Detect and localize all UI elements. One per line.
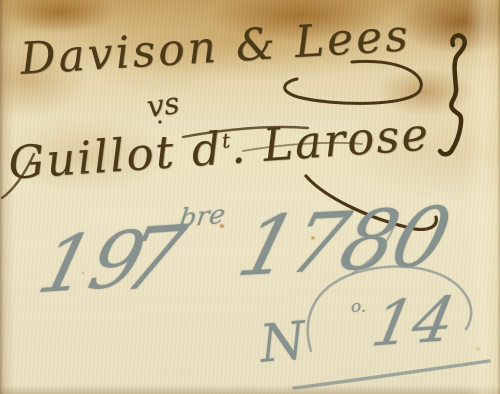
docket-number-superscript: o. — [351, 299, 366, 316]
docket-date-month-suffix: bre — [178, 202, 227, 233]
party1-name: Davison & Lees — [19, 14, 412, 82]
ink-brace — [440, 35, 465, 154]
versus-label: vs — [145, 89, 181, 123]
party2-text-pre: Guillot d — [7, 122, 225, 190]
lees-flourish-loop — [285, 61, 422, 103]
party2-name: Guillot dt. Larose — [7, 111, 431, 185]
party2-text-post: . Larose — [229, 107, 432, 174]
party1-text: Davison & Lees — [19, 10, 412, 85]
versus-text: vs — [145, 86, 182, 125]
docket-number-letter: N — [258, 315, 308, 371]
manuscript-page: Davison & Lees vs Guillot dt. Larose 19 … — [0, 0, 500, 394]
docket-number-value: 14 — [367, 288, 459, 355]
docket-date-year: 1780 — [230, 197, 456, 289]
pencil-underline — [294, 361, 489, 388]
